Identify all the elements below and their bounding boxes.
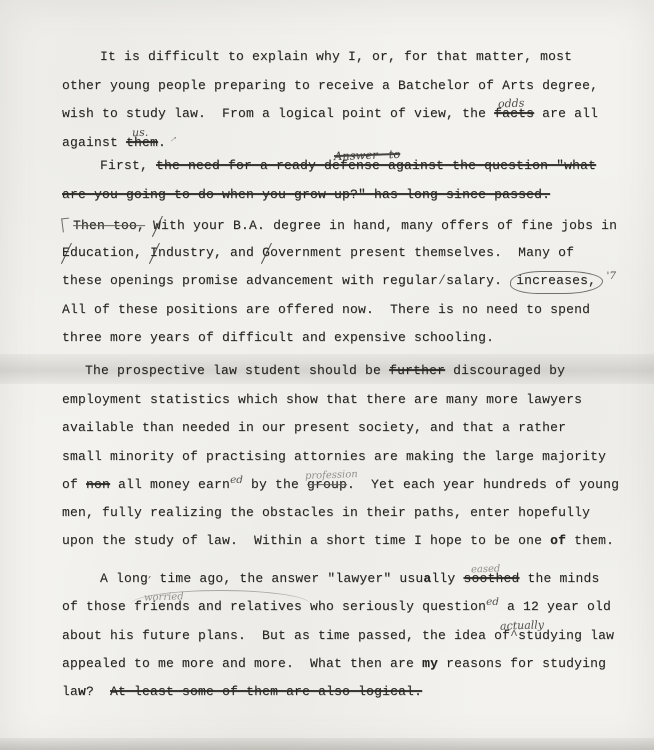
- ink-struck-text: non: [86, 477, 110, 492]
- typed-text: these openings promise advancement with …: [62, 273, 438, 288]
- handwritten-note: Answer to: [334, 147, 401, 163]
- typed-text: reasons for studying: [438, 656, 606, 671]
- handwritten-note: ed: [486, 596, 499, 608]
- scanned-typewritten-page: It is difficult to explain why I, or, fo…: [0, 0, 654, 750]
- typed-text: employment statistics which show that th…: [62, 392, 582, 407]
- circled-text: increases,: [510, 271, 603, 294]
- lowercase-proof-mark-letter: G: [262, 244, 270, 262]
- pencil-slash-mark: /: [438, 273, 446, 288]
- typed-text: men, fully realizing the obstacles in th…: [62, 505, 590, 520]
- scan-bottom-shadow: [0, 738, 654, 750]
- typed-line: All of these positions are offered now. …: [62, 301, 590, 319]
- typed-line: men, fully realizing the obstacles in th…: [62, 504, 590, 522]
- insertion-caret: actually^: [510, 627, 518, 645]
- overtyped-text: w: [78, 684, 86, 699]
- typed-text: upon the study of law. Within a short ti…: [62, 533, 550, 548]
- typed-line: three more years of difficult and expens…: [62, 329, 494, 347]
- edited-text: worriedfriends and relatives: [134, 598, 302, 616]
- typed-text: ith your B.A. degree in hand, many offer…: [161, 218, 617, 233]
- typed-text: All of these positions are offered now. …: [62, 302, 590, 317]
- edited-text: professiongroup: [307, 476, 347, 494]
- typed-text: The prospective law student should be: [85, 363, 389, 378]
- typed-line: small minority of practising attornies a…: [62, 448, 606, 466]
- typed-line: available than needed in our present soc…: [62, 419, 566, 437]
- handwritten-note: worried: [144, 591, 184, 603]
- typed-text: A long: [100, 571, 148, 586]
- typed-text: who seriously question: [302, 599, 486, 614]
- typed-text: la: [62, 684, 78, 699]
- typed-text: .: [158, 135, 166, 150]
- typed-line: Education, Industry, and Government pres…: [62, 244, 574, 262]
- handwritten-note: us.: [132, 125, 149, 139]
- edited-text: easedsoothed: [463, 570, 519, 588]
- typed-text: of: [62, 477, 86, 492]
- typed-text: all money earn: [110, 477, 230, 492]
- ink-struck-text: the question "what: [444, 158, 596, 173]
- lowercase-proof-mark-letter: W: [153, 217, 161, 235]
- pencil-arrow-mark: →: [165, 130, 181, 148]
- edited-text: oddsfacts: [494, 105, 534, 123]
- typed-text: wish to study law. From a logical point …: [62, 106, 494, 121]
- typed-text: a 12 year old: [499, 599, 611, 614]
- pencil-struck-text: Then too,: [73, 218, 145, 233]
- typed-line: these openings promise advancement with …: [62, 272, 616, 292]
- handwritten-note: ed: [230, 474, 243, 486]
- typed-text: overnment present themselves. Many of: [270, 245, 574, 260]
- typed-text: First,: [100, 158, 156, 173]
- typed-text: time ago, the answer "lawyer" usu: [151, 571, 423, 586]
- edited-text: us.them: [126, 134, 158, 152]
- typed-text: ?: [86, 684, 110, 699]
- typed-text: three more years of difficult and expens…: [62, 330, 494, 345]
- typed-text: lly: [431, 571, 463, 586]
- handwritten-note: eased: [471, 563, 501, 575]
- edited-text: Answer todefense against: [324, 157, 444, 175]
- handwritten-note: ,: [148, 568, 151, 580]
- typed-text: about his future plans. But as time pass…: [62, 628, 510, 643]
- handwritten-note: '7: [603, 270, 616, 282]
- typed-text: against: [62, 135, 126, 150]
- typed-line: are you going to do when you grow up?" h…: [62, 186, 550, 204]
- typed-line: Then too, With your B.A. degree in hand,…: [62, 215, 617, 235]
- typed-text: ducation,: [70, 245, 150, 260]
- handwritten-note: actually: [500, 618, 544, 633]
- typed-line: It is difficult to explain why I, or, fo…: [100, 48, 572, 66]
- typed-line: of non all money earned by the professio…: [62, 476, 619, 494]
- ink-struck-text: further: [389, 363, 445, 378]
- typed-text: appealed to me more and more. What then …: [62, 656, 422, 671]
- typed-line: A long, time ago, the answer "lawyer" us…: [100, 570, 599, 588]
- typed-line: law? At least some of them are also logi…: [62, 683, 422, 701]
- typed-line: about his future plans. But as time pass…: [62, 627, 614, 645]
- handwritten-note: profession: [305, 469, 358, 482]
- typed-text: by the: [243, 477, 307, 492]
- typed-text: are all: [534, 106, 598, 121]
- typed-line: against us.them.→: [62, 134, 173, 153]
- typed-text: other young people preparing to receive …: [62, 78, 598, 93]
- typed-text: [145, 218, 153, 233]
- ink-struck-text: At least some of them are also logical.: [110, 684, 422, 699]
- typed-line: First, the need for a ready Answer todef…: [100, 157, 596, 175]
- typed-text: discouraged by: [445, 363, 565, 378]
- typed-text: small minority of practising attornies a…: [62, 449, 606, 464]
- overtyped-text: of: [550, 533, 566, 548]
- typed-line: appealed to me more and more. What then …: [62, 655, 606, 673]
- typed-text: It is difficult to explain why I, or, fo…: [100, 49, 572, 64]
- typed-text: them.: [566, 533, 614, 548]
- typed-text: of those: [62, 599, 134, 614]
- typed-line: of those worriedfriends and relatives wh…: [62, 598, 611, 616]
- lowercase-proof-mark-letter: I: [150, 244, 158, 262]
- typed-line: wish to study law. From a logical point …: [62, 105, 598, 123]
- typed-text: salary.: [446, 273, 510, 288]
- ink-struck-text: are you going to do when you grow up?" h…: [62, 187, 550, 202]
- typed-line: other young people preparing to receive …: [62, 77, 598, 95]
- handwritten-note: odds: [498, 96, 525, 110]
- typed-text: available than needed in our present soc…: [62, 420, 566, 435]
- typed-text: . Yet each year hundreds of young: [347, 477, 619, 492]
- typed-text: ndustry, and: [158, 245, 262, 260]
- typed-text: the minds: [519, 571, 599, 586]
- typed-line: employment statistics which show that th…: [62, 391, 582, 409]
- typed-line: The prospective law student should be fu…: [85, 362, 565, 380]
- typed-line: upon the study of law. Within a short ti…: [62, 532, 614, 550]
- pencil-bracket-mark: [61, 218, 71, 233]
- lowercase-proof-mark-letter: E: [62, 244, 70, 262]
- ink-struck-text: the need for a ready: [156, 158, 324, 173]
- overtyped-text: my: [422, 656, 438, 671]
